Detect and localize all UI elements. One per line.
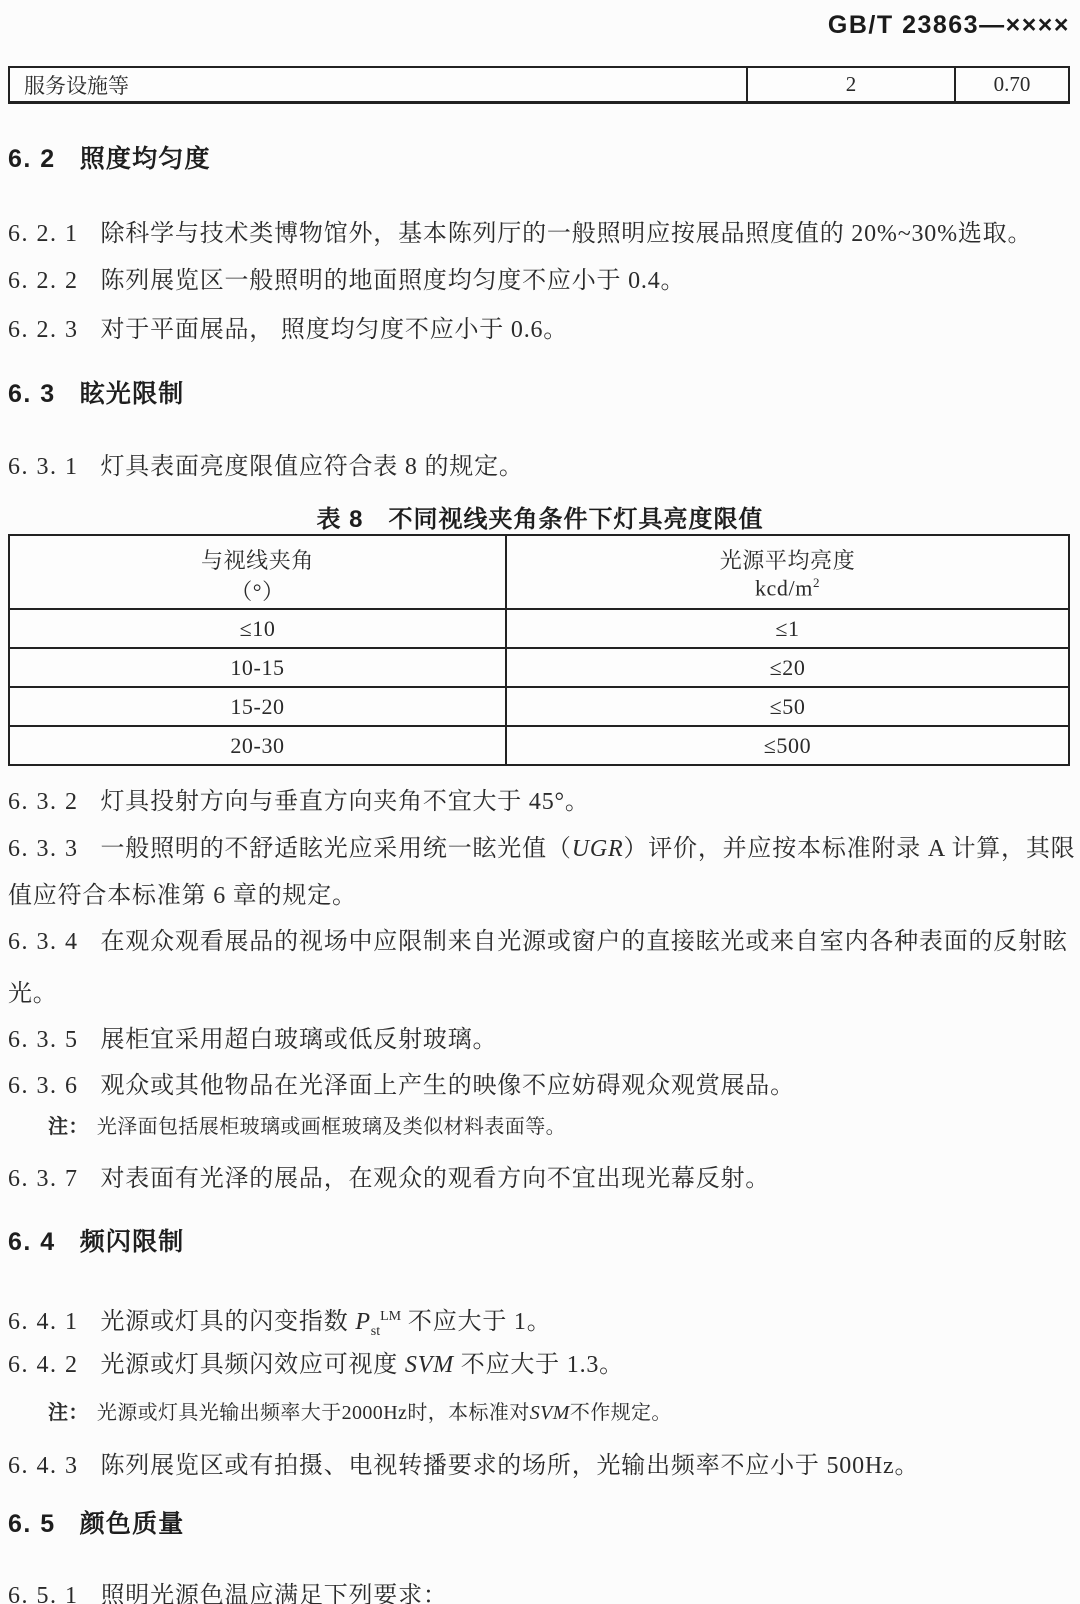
section-heading-6-5: 6. 5颜色质量 [8,1509,185,1539]
clause-6-3-5: 6. 3. 5展柜宜采用超白玻璃或低反射玻璃。 [8,1025,497,1055]
note-text: 光泽面包括展柜玻璃或画框玻璃及类似材料表面等。 [97,1116,566,1138]
table-cell: 0.70 [954,68,1068,101]
clause-6-3-3-continued: 值应符合本标准第 6 章的规定。 [8,881,357,911]
table-row: 15-20 ≤50 [10,686,1068,725]
unit-exponent: 2 [813,575,820,590]
clause-number: 6. 3. 3 [8,834,79,864]
section-title: 颜色质量 [80,1510,185,1538]
unit-base: kcd/m [755,575,813,600]
standard-number: GB/T 23863—×××× [828,11,1070,40]
clause-6-3-7: 6. 3. 7对表面有光泽的展品，在观众的观看方向不宜出现光幕反射。 [8,1164,770,1194]
clause-number: 6. 4. 1 [8,1307,79,1337]
header-unit: kcd/m2 [755,575,820,601]
section-heading-6-2: 6. 2照度均匀度 [8,144,211,174]
table-cell: ≤50 [507,688,1068,725]
clause-number: 6. 2. 2 [8,266,79,296]
clause-number: 6. 2. 1 [8,219,79,249]
clause-text: 照明光源色温应满足下列要求： [101,1583,448,1604]
table-cell: 2 [746,68,954,101]
clause-number: 6. 3. 4 [8,927,79,957]
section-title: 照度均匀度 [80,145,211,173]
clause-6-2-2: 6. 2. 2陈列展览区一般照明的地面照度均匀度不应小于 0.4。 [8,266,685,296]
note-6-3-6: 注：光泽面包括展柜玻璃或画框玻璃及类似材料表面等。 [48,1114,566,1140]
clause-text: 灯具表面亮度限值应符合表 8 的规定。 [101,454,524,480]
clause-number: 6. 4. 2 [8,1350,79,1380]
table-cell: 服务设施等 [10,68,746,101]
header-line: 光源平均亮度 [720,544,856,575]
clause-number: 6. 3. 2 [8,787,79,817]
clause-text: 对表面有光泽的展品，在观众的观看方向不宜出现光幕反射。 [101,1166,771,1192]
clause-text: 对于平面展品， 照度均匀度不应小于 0.6。 [101,317,569,343]
clause-number: 6. 5 [8,1509,56,1539]
table-row: 10-15 ≤20 [10,647,1068,686]
table-cell: 20-30 [10,727,507,764]
clause-text: 光。 [8,981,58,1007]
note-label: 注： [48,1402,89,1424]
carryover-table: 服务设施等 2 0.70 [8,66,1070,104]
clause-number: 6. 4 [8,1227,56,1257]
table-cell: 10-15 [10,649,507,686]
clause-text: 展柜宜采用超白玻璃或低反射玻璃。 [101,1027,498,1053]
section-title: 频闪限制 [80,1228,185,1256]
note-label: 注： [48,1116,89,1138]
table-cell: ≤10 [10,610,507,647]
table-cell: 15-20 [10,688,507,725]
clause-text: 灯具投射方向与垂直方向夹角不宜大于 45°。 [101,789,590,815]
header-line: （°） [230,575,285,606]
clause-6-3-1: 6. 3. 1灯具表面亮度限值应符合表 8 的规定。 [8,452,524,482]
clause-text: 陈列展览区一般照明的地面照度均匀度不应小于 0.4。 [101,268,686,294]
clause-6-2-3: 6. 2. 3对于平面展品， 照度均匀度不应小于 0.6。 [8,315,568,345]
clause-number: 6. 3. 5 [8,1025,79,1055]
clause-number: 6. 3. 6 [8,1071,79,1101]
clause-6-4-3: 6. 4. 3陈列展览区或有拍摄、电视转播要求的场所，光输出频率不应小于 500… [8,1451,919,1481]
clause-6-3-3: 6. 3. 3一般照明的不舒适眩光应采用统一眩光值（UGR）评价，并应按本标准附… [8,834,1075,864]
clause-number: 6. 5. 1 [8,1581,79,1604]
clause-number: 6. 4. 3 [8,1451,79,1481]
clause-text: 值应符合本标准第 6 章的规定。 [8,883,357,909]
header-line: 与视线夹角 [201,544,314,575]
clause-6-5-1: 6. 5. 1照明光源色温应满足下列要求： [8,1581,448,1604]
note-text: 光源或灯具光输出频率大于2000Hz时，本标准对SVM不作规定。 [97,1402,672,1424]
clause-6-3-6: 6. 3. 6观众或其他物品在光泽面上产生的映像不应妨碍观众观赏展品。 [8,1071,795,1101]
clause-6-2-1: 6. 2. 1除科学与技术类博物馆外，基本陈列厅的一般照明应按展品照度值的 20… [8,219,1032,249]
table-8: 与视线夹角 （°） 光源平均亮度 kcd/m2 ≤10 ≤1 10-15 ≤20… [8,534,1070,766]
table-header-row: 与视线夹角 （°） 光源平均亮度 kcd/m2 [10,536,1068,608]
table-row: 20-30 ≤500 [10,725,1068,764]
clause-text: 光源或灯具频闪效应可视度 SVM 不应大于 1.3。 [101,1352,624,1378]
document-page: GB/T 23863—×××× 服务设施等 2 0.70 6. 2照度均匀度 6… [0,0,1080,1604]
section-title: 眩光限制 [80,380,185,408]
clause-number: 6. 3. 1 [8,452,79,482]
table-cell: ≤1 [507,610,1068,647]
clause-6-3-4: 6. 3. 4在观众观看展品的视场中应限制来自光源或窗户的直接眩光或来自室内各种… [8,927,1068,957]
table-cell: ≤500 [507,727,1068,764]
section-heading-6-4: 6. 4频闪限制 [8,1227,185,1257]
clause-text: 观众或其他物品在光泽面上产生的映像不应妨碍观众观赏展品。 [101,1073,795,1099]
clause-text: 陈列展览区或有拍摄、电视转播要求的场所，光输出频率不应小于 500Hz。 [101,1453,920,1479]
table-cell: ≤20 [507,649,1068,686]
clause-6-4-2: 6. 4. 2光源或灯具频闪效应可视度 SVM 不应大于 1.3。 [8,1350,624,1380]
clause-text: 在观众观看展品的视场中应限制来自光源或窗户的直接眩光或来自室内各种表面的反射眩 [101,929,1068,955]
clause-6-3-2: 6. 3. 2灯具投射方向与垂直方向夹角不宜大于 45°。 [8,787,590,817]
clause-text: 一般照明的不舒适眩光应采用统一眩光值（UGR）评价，并应按本标准附录 A 计算，… [101,836,1076,862]
table8-caption: 表 8 不同视线夹角条件下灯具亮度限值 [0,499,1080,534]
clause-text: 除科学与技术类博物馆外，基本陈列厅的一般照明应按展品照度值的 20%~30%选取… [101,221,1033,247]
table-row: ≤10 ≤1 [10,608,1068,647]
clause-number: 6. 2. 3 [8,315,79,345]
clause-number: 6. 3 [8,379,56,409]
note-6-4-2: 注：光源或灯具光输出频率大于2000Hz时，本标准对SVM不作规定。 [48,1400,672,1426]
clause-number: 6. 3. 7 [8,1164,79,1194]
section-heading-6-3: 6. 3眩光限制 [8,379,185,409]
table-header-cell: 与视线夹角 （°） [10,536,507,608]
clause-6-3-4-continued: 光。 [8,979,58,1009]
table-header-cell: 光源平均亮度 kcd/m2 [507,536,1068,608]
clause-number: 6. 2 [8,144,56,174]
clause-text: 光源或灯具的闪变指数 PstLM 不应大于 1。 [101,1309,552,1335]
clause-6-4-1: 6. 4. 1光源或灯具的闪变指数 PstLM 不应大于 1。 [8,1302,552,1347]
